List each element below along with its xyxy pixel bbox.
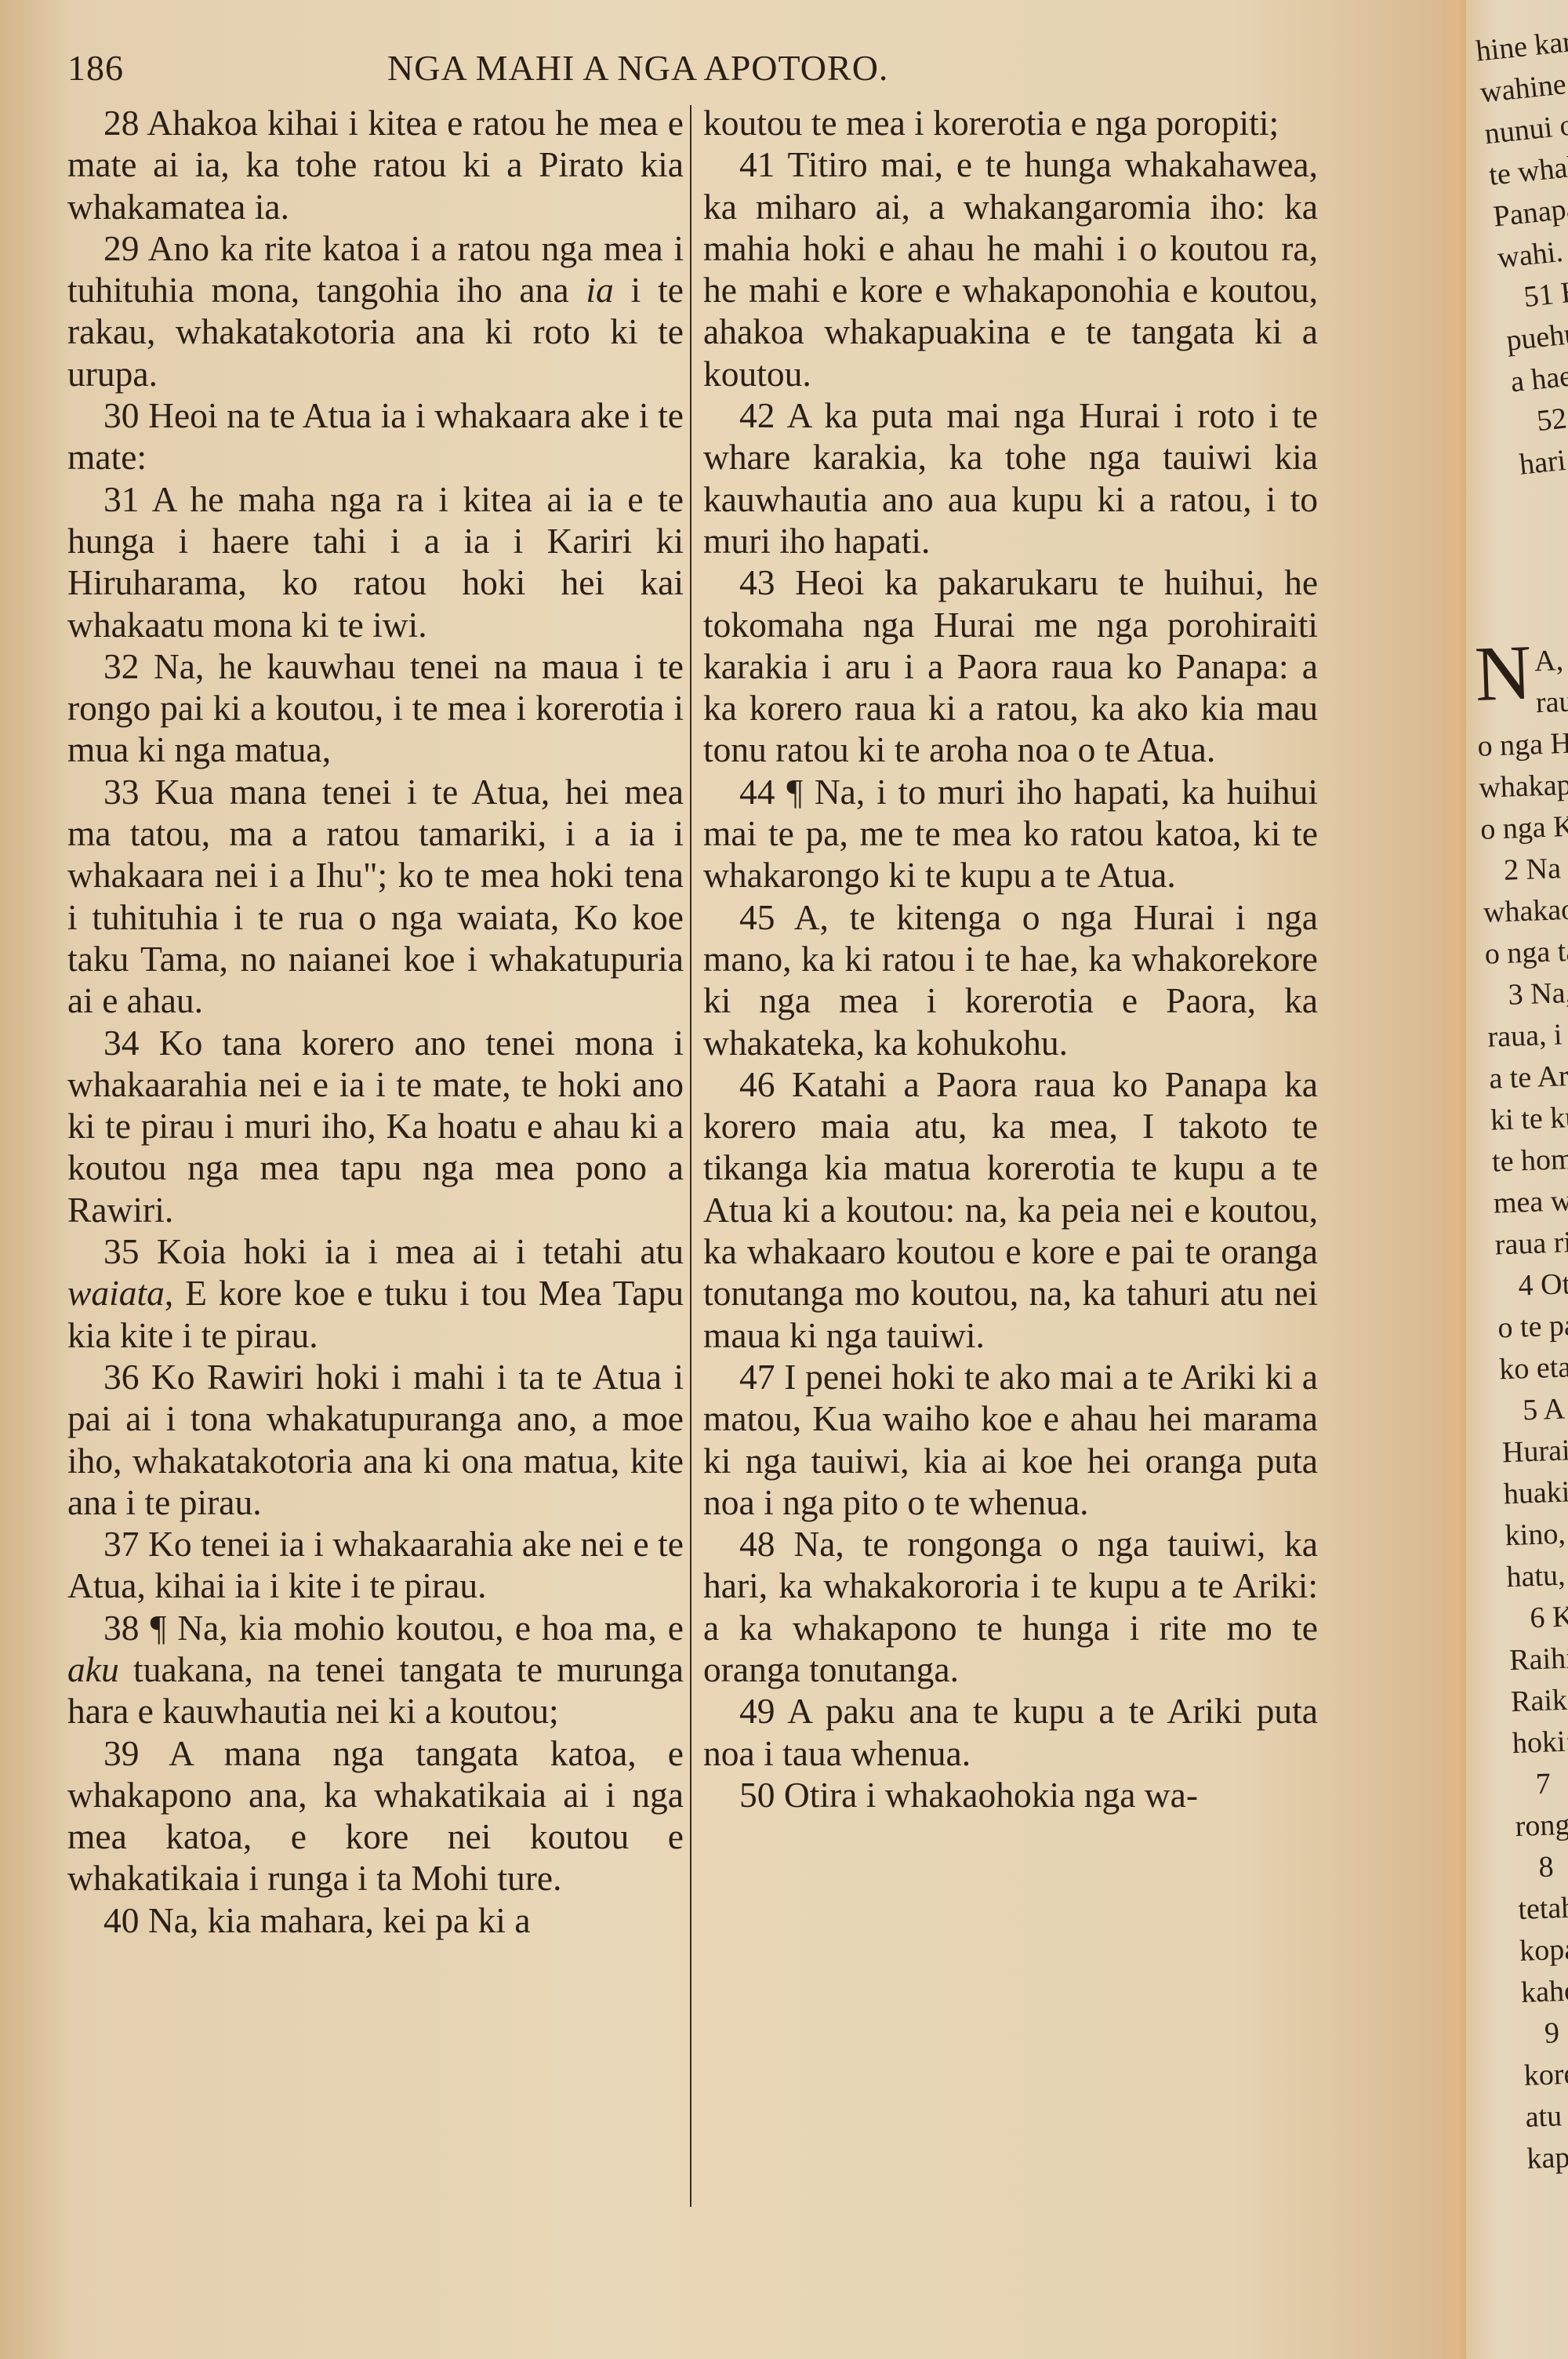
verse-number: 31 bbox=[103, 479, 140, 519]
verse-number: 50 bbox=[739, 1775, 775, 1815]
verse-text: Na, kia mohio koutou, e hoa ma, e bbox=[177, 1608, 684, 1648]
facing-line: rongo bbox=[1515, 1800, 1568, 1848]
verse-text: A paku ana te kupu a te Ariki puta noa i… bbox=[703, 1691, 1318, 1772]
verse-text: I penei hoki te ako mai a te Ariki ki a … bbox=[703, 1357, 1318, 1522]
verse-text: Na, kia mahara, kei pa ki a bbox=[148, 1900, 531, 1940]
verse-text: Titiro mai, e te hunga whakahawea, ka mi… bbox=[703, 144, 1318, 393]
verse-38: 38 ¶ Na, kia mohio koutou, e hoa ma, e a… bbox=[67, 1607, 684, 1732]
verse-text: A, te kitenga o nga Hurai i nga mano, ka… bbox=[703, 897, 1318, 1063]
verse-number: 33 bbox=[103, 772, 140, 812]
verse-36: 36 Ko Rawiri hoki i mahi i ta te Atua i … bbox=[67, 1356, 684, 1523]
running-title: NGA MAHI A NGA APOTORO. bbox=[387, 47, 888, 89]
verse-number: 46 bbox=[739, 1064, 775, 1104]
verse-number: 37 bbox=[103, 1524, 140, 1564]
facing-page-fragment: hine karakia wahine rang nunui o te te w… bbox=[1466, 0, 1568, 2359]
facing-line: Raihit bbox=[1508, 1634, 1568, 1682]
verse-text: Koia hoki ia i mea ai i tetahi atu bbox=[157, 1231, 684, 1271]
verse-40-continuation: koutou te mea i korerotia e nga poropiti… bbox=[703, 102, 1318, 144]
verse-number: 45 bbox=[739, 897, 775, 937]
facing-line: o te pa bbox=[1497, 1302, 1568, 1350]
verse-number: 28 bbox=[103, 103, 140, 143]
facing-line: ko etah bbox=[1498, 1343, 1568, 1391]
drop-cap: N bbox=[1474, 641, 1533, 705]
facing-line: kopa bbox=[1519, 1925, 1568, 1972]
verse-text: tuakana, na tenei tangata te murunga har… bbox=[67, 1649, 684, 1731]
verse-39: 39 A mana nga tangata katoa, e whakapono… bbox=[67, 1732, 684, 1899]
verse-44: 44 ¶ Na, i to muri iho hapati, ka huihui… bbox=[703, 771, 1318, 896]
verse-text: Heoi na te Atua ia i whakaara ake i te m… bbox=[67, 395, 684, 477]
verse-number: 29 bbox=[103, 228, 140, 268]
verse-40: 40 Na, kia mahara, kei pa ki a bbox=[67, 1899, 684, 1941]
verse-text: Ko tenei ia i whakaarahia ake nei e te A… bbox=[67, 1524, 684, 1605]
facing-line: 6 K bbox=[1508, 1593, 1568, 1641]
verse-45: 45 A, te kitenga o nga Hurai i nga mano,… bbox=[703, 896, 1318, 1063]
verse-number: 47 bbox=[739, 1357, 775, 1397]
verse-33: 33 Kua mana tenei i te Atua, hei mea ma … bbox=[67, 771, 684, 1022]
facing-line: o nga tau bbox=[1484, 928, 1568, 976]
verse-42: 42 A ka puta mai nga Hurai i roto i te w… bbox=[703, 394, 1318, 562]
facing-line: o nga Hu bbox=[1477, 720, 1568, 768]
verse-number: 34 bbox=[103, 1023, 140, 1063]
facing-line: raua, i m bbox=[1487, 1011, 1568, 1059]
verse-43: 43 Heoi ka pakarukaru te huihui, he toko… bbox=[703, 562, 1318, 770]
facing-line: a te Ari bbox=[1488, 1052, 1568, 1100]
verse-number: 44 bbox=[739, 772, 775, 812]
verse-34: 34 Ko tana korero ano tenei mona i whaka… bbox=[67, 1022, 684, 1230]
facing-line: atu bbox=[1525, 2091, 1568, 2139]
verse-text: Kua mana tenei i te Atua, hei mea ma tat… bbox=[67, 772, 684, 1020]
facing-line: kaho bbox=[1520, 1966, 1568, 2014]
verse-46: 46 Katahi a Paora raua ko Panapa ka kore… bbox=[703, 1063, 1318, 1356]
facing-line: te homai bbox=[1491, 1136, 1568, 1183]
facing-line: tetah bbox=[1517, 1883, 1568, 1931]
verse-number: 49 bbox=[739, 1691, 775, 1731]
verse-text: A he maha nga ra i kitea ai ia e te hung… bbox=[67, 479, 684, 645]
italic-word: aku bbox=[67, 1649, 119, 1689]
facing-line: 7 bbox=[1513, 1758, 1568, 1806]
verse-number: 40 bbox=[103, 1900, 140, 1940]
column-divider bbox=[690, 105, 691, 2207]
facing-line: hatu, bbox=[1506, 1551, 1568, 1599]
facing-line: kore bbox=[1523, 2049, 1568, 2097]
facing-lower-text: NA, i I raua k o nga Hu whakapon o nga K… bbox=[1474, 637, 1568, 2179]
verse-text: Na, he kauwhau tenei na maua i te rongo … bbox=[67, 646, 684, 770]
facing-line: whakapon bbox=[1479, 761, 1568, 809]
verse-number: 35 bbox=[103, 1231, 140, 1271]
facing-line: mea wh bbox=[1493, 1177, 1568, 1225]
facing-line: huaki bbox=[1503, 1468, 1568, 1516]
verse-text: Katahi a Paora raua ko Panapa ka korero … bbox=[703, 1064, 1318, 1355]
verse-47: 47 I penei hoki te ako mai a te Ariki ki… bbox=[703, 1356, 1318, 1523]
facing-upper-text: hine karakia wahine rang nunui o te te w… bbox=[1474, 13, 1568, 486]
verse-text: Ko tana korero ano tenei mona i whakaara… bbox=[67, 1023, 684, 1230]
verse-number: 39 bbox=[103, 1733, 140, 1773]
facing-line: 2 Na bbox=[1481, 845, 1568, 892]
verse-48: 48 Na, te rongonga o nga tauiwi, ka hari… bbox=[703, 1523, 1318, 1690]
facing-line: raua rin bbox=[1494, 1219, 1568, 1267]
verse-31: 31 A he maha nga ra i kitea ai ia e te h… bbox=[67, 478, 684, 645]
verse-number: 36 bbox=[103, 1357, 140, 1397]
verse-text: Ko Rawiri hoki i mahi i ta te Atua i pai… bbox=[67, 1357, 684, 1522]
verse-text: Ahakoa kihai i kitea e ratou he mea e ma… bbox=[67, 103, 684, 227]
verse-text: A mana nga tangata katoa, e whakapono an… bbox=[67, 1733, 684, 1899]
verse-37: 37 Ko tenei ia i whakaarahia ake nei e t… bbox=[67, 1523, 684, 1607]
verse-number: 38 bbox=[103, 1608, 140, 1648]
facing-line: 9 bbox=[1522, 2008, 1568, 2055]
book-page-186: 186 NGA MAHI A NGA APOTORO. 28 Ahakoa ki… bbox=[0, 0, 1450, 2359]
facing-line: Raika bbox=[1510, 1676, 1568, 1724]
pilcrow-icon: ¶ bbox=[786, 772, 803, 812]
verse-29: 29 Ano ka rite katoa i a ratou nga mea i… bbox=[67, 227, 684, 394]
verse-number: 32 bbox=[103, 646, 140, 686]
verse-number: 43 bbox=[739, 562, 775, 602]
verse-number: 42 bbox=[739, 395, 775, 435]
verse-28: 28 Ahakoa kihai i kitea e ratou he mea e… bbox=[67, 102, 684, 227]
italic-word: ia bbox=[586, 270, 613, 310]
facing-line: A, i I bbox=[1534, 643, 1568, 678]
verse-number: 41 bbox=[739, 144, 775, 184]
left-column: 28 Ahakoa kihai i kitea e ratou he mea e… bbox=[67, 102, 684, 1941]
verse-number: 30 bbox=[103, 395, 140, 435]
page-number: 186 bbox=[67, 47, 124, 89]
verse-32: 32 Na, he kauwhau tenei na maua i te ron… bbox=[67, 645, 684, 771]
italic-word: waiata bbox=[67, 1273, 165, 1313]
verse-text: Na, te rongonga o nga tauiwi, ka hari, k… bbox=[703, 1524, 1318, 1689]
verse-number: 48 bbox=[739, 1524, 775, 1564]
facing-line: ki te ku bbox=[1490, 1094, 1568, 1142]
facing-line: kino, bbox=[1504, 1510, 1568, 1558]
right-column: koutou te mea i korerotia e nga poropiti… bbox=[703, 102, 1318, 1816]
verse-30: 30 Heoi na te Atua ia i whakaara ake i t… bbox=[67, 394, 684, 478]
pilcrow-icon: ¶ bbox=[151, 1608, 167, 1648]
verse-text: A ka puta mai nga Hurai i roto i te whar… bbox=[703, 395, 1318, 561]
verse-35: 35 Koia hoki ia i mea ai i tetahi atu wa… bbox=[67, 1230, 684, 1356]
verse-text: Otira i whakaohokia nga wa- bbox=[784, 1775, 1198, 1815]
facing-line: 3 Na, bbox=[1486, 969, 1568, 1017]
facing-line: Hurai, bbox=[1501, 1427, 1568, 1474]
facing-line: 4 Oti bbox=[1496, 1260, 1568, 1308]
verse-text: Heoi ka pakarukaru te huihui, he tokomah… bbox=[703, 562, 1318, 769]
facing-line: 8 bbox=[1516, 1841, 1568, 1889]
facing-line: o nga Ka bbox=[1479, 803, 1568, 851]
facing-line: kap bbox=[1526, 2132, 1568, 2180]
facing-line: hoki: bbox=[1512, 1717, 1568, 1765]
verse-49: 49 A paku ana te kupu a te Ariki puta no… bbox=[703, 1690, 1318, 1774]
facing-line: hine karakia bbox=[1474, 13, 1568, 73]
running-header: 186 NGA MAHI A NGA APOTORO. bbox=[67, 43, 1322, 98]
facing-line: whakaoho bbox=[1483, 886, 1568, 934]
verse-41: 41 Titiro mai, e te hunga whakahawea, ka… bbox=[703, 144, 1318, 394]
facing-line: 5 A bbox=[1500, 1385, 1568, 1433]
verse-50: 50 Otira i whakaohokia nga wa- bbox=[703, 1774, 1318, 1816]
